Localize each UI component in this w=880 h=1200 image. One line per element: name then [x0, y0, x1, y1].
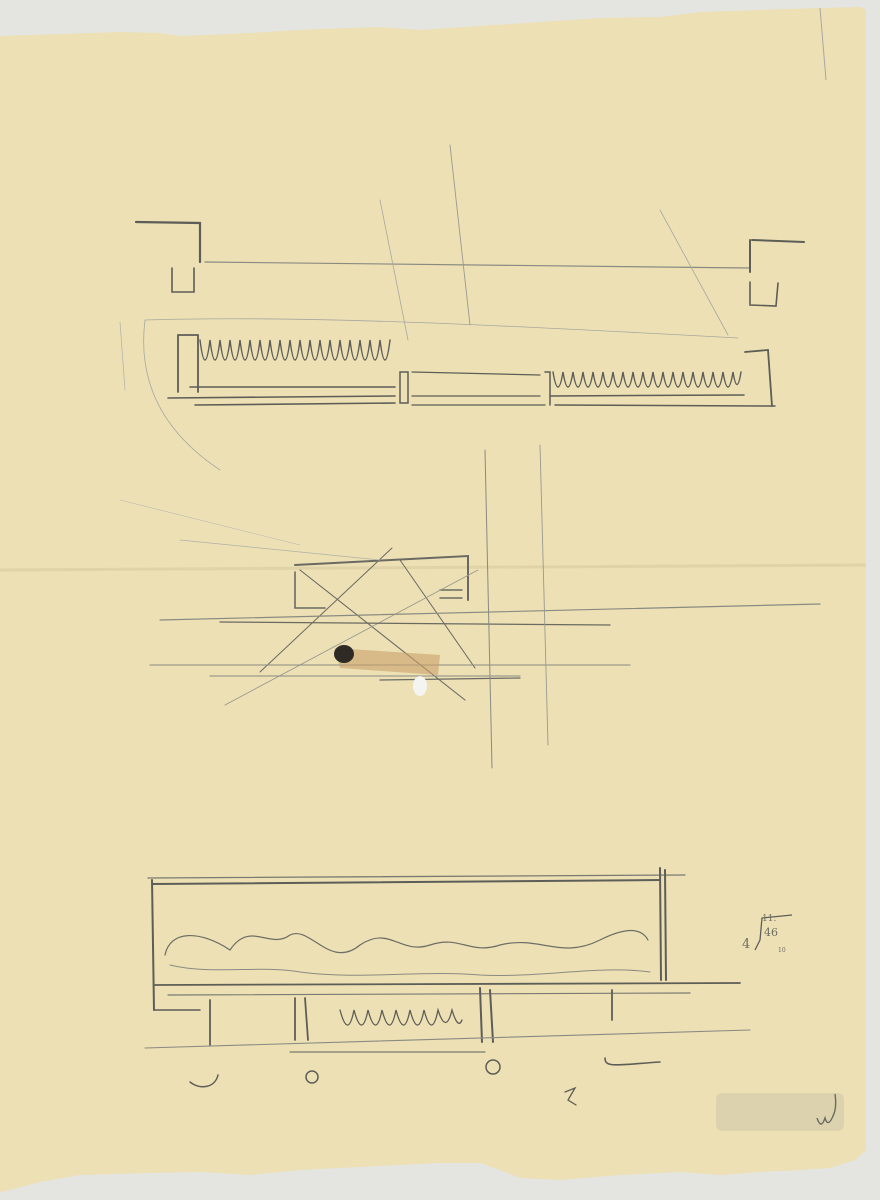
sketch-sheet	[0, 0, 880, 1200]
dimension-whole: 4	[742, 937, 750, 952]
paper	[0, 7, 866, 1192]
label-sticker	[716, 1093, 844, 1131]
dimension-top: 11.	[762, 914, 776, 924]
dimension-bottom: 46	[764, 926, 778, 939]
dimension-sub: 10	[778, 947, 786, 954]
